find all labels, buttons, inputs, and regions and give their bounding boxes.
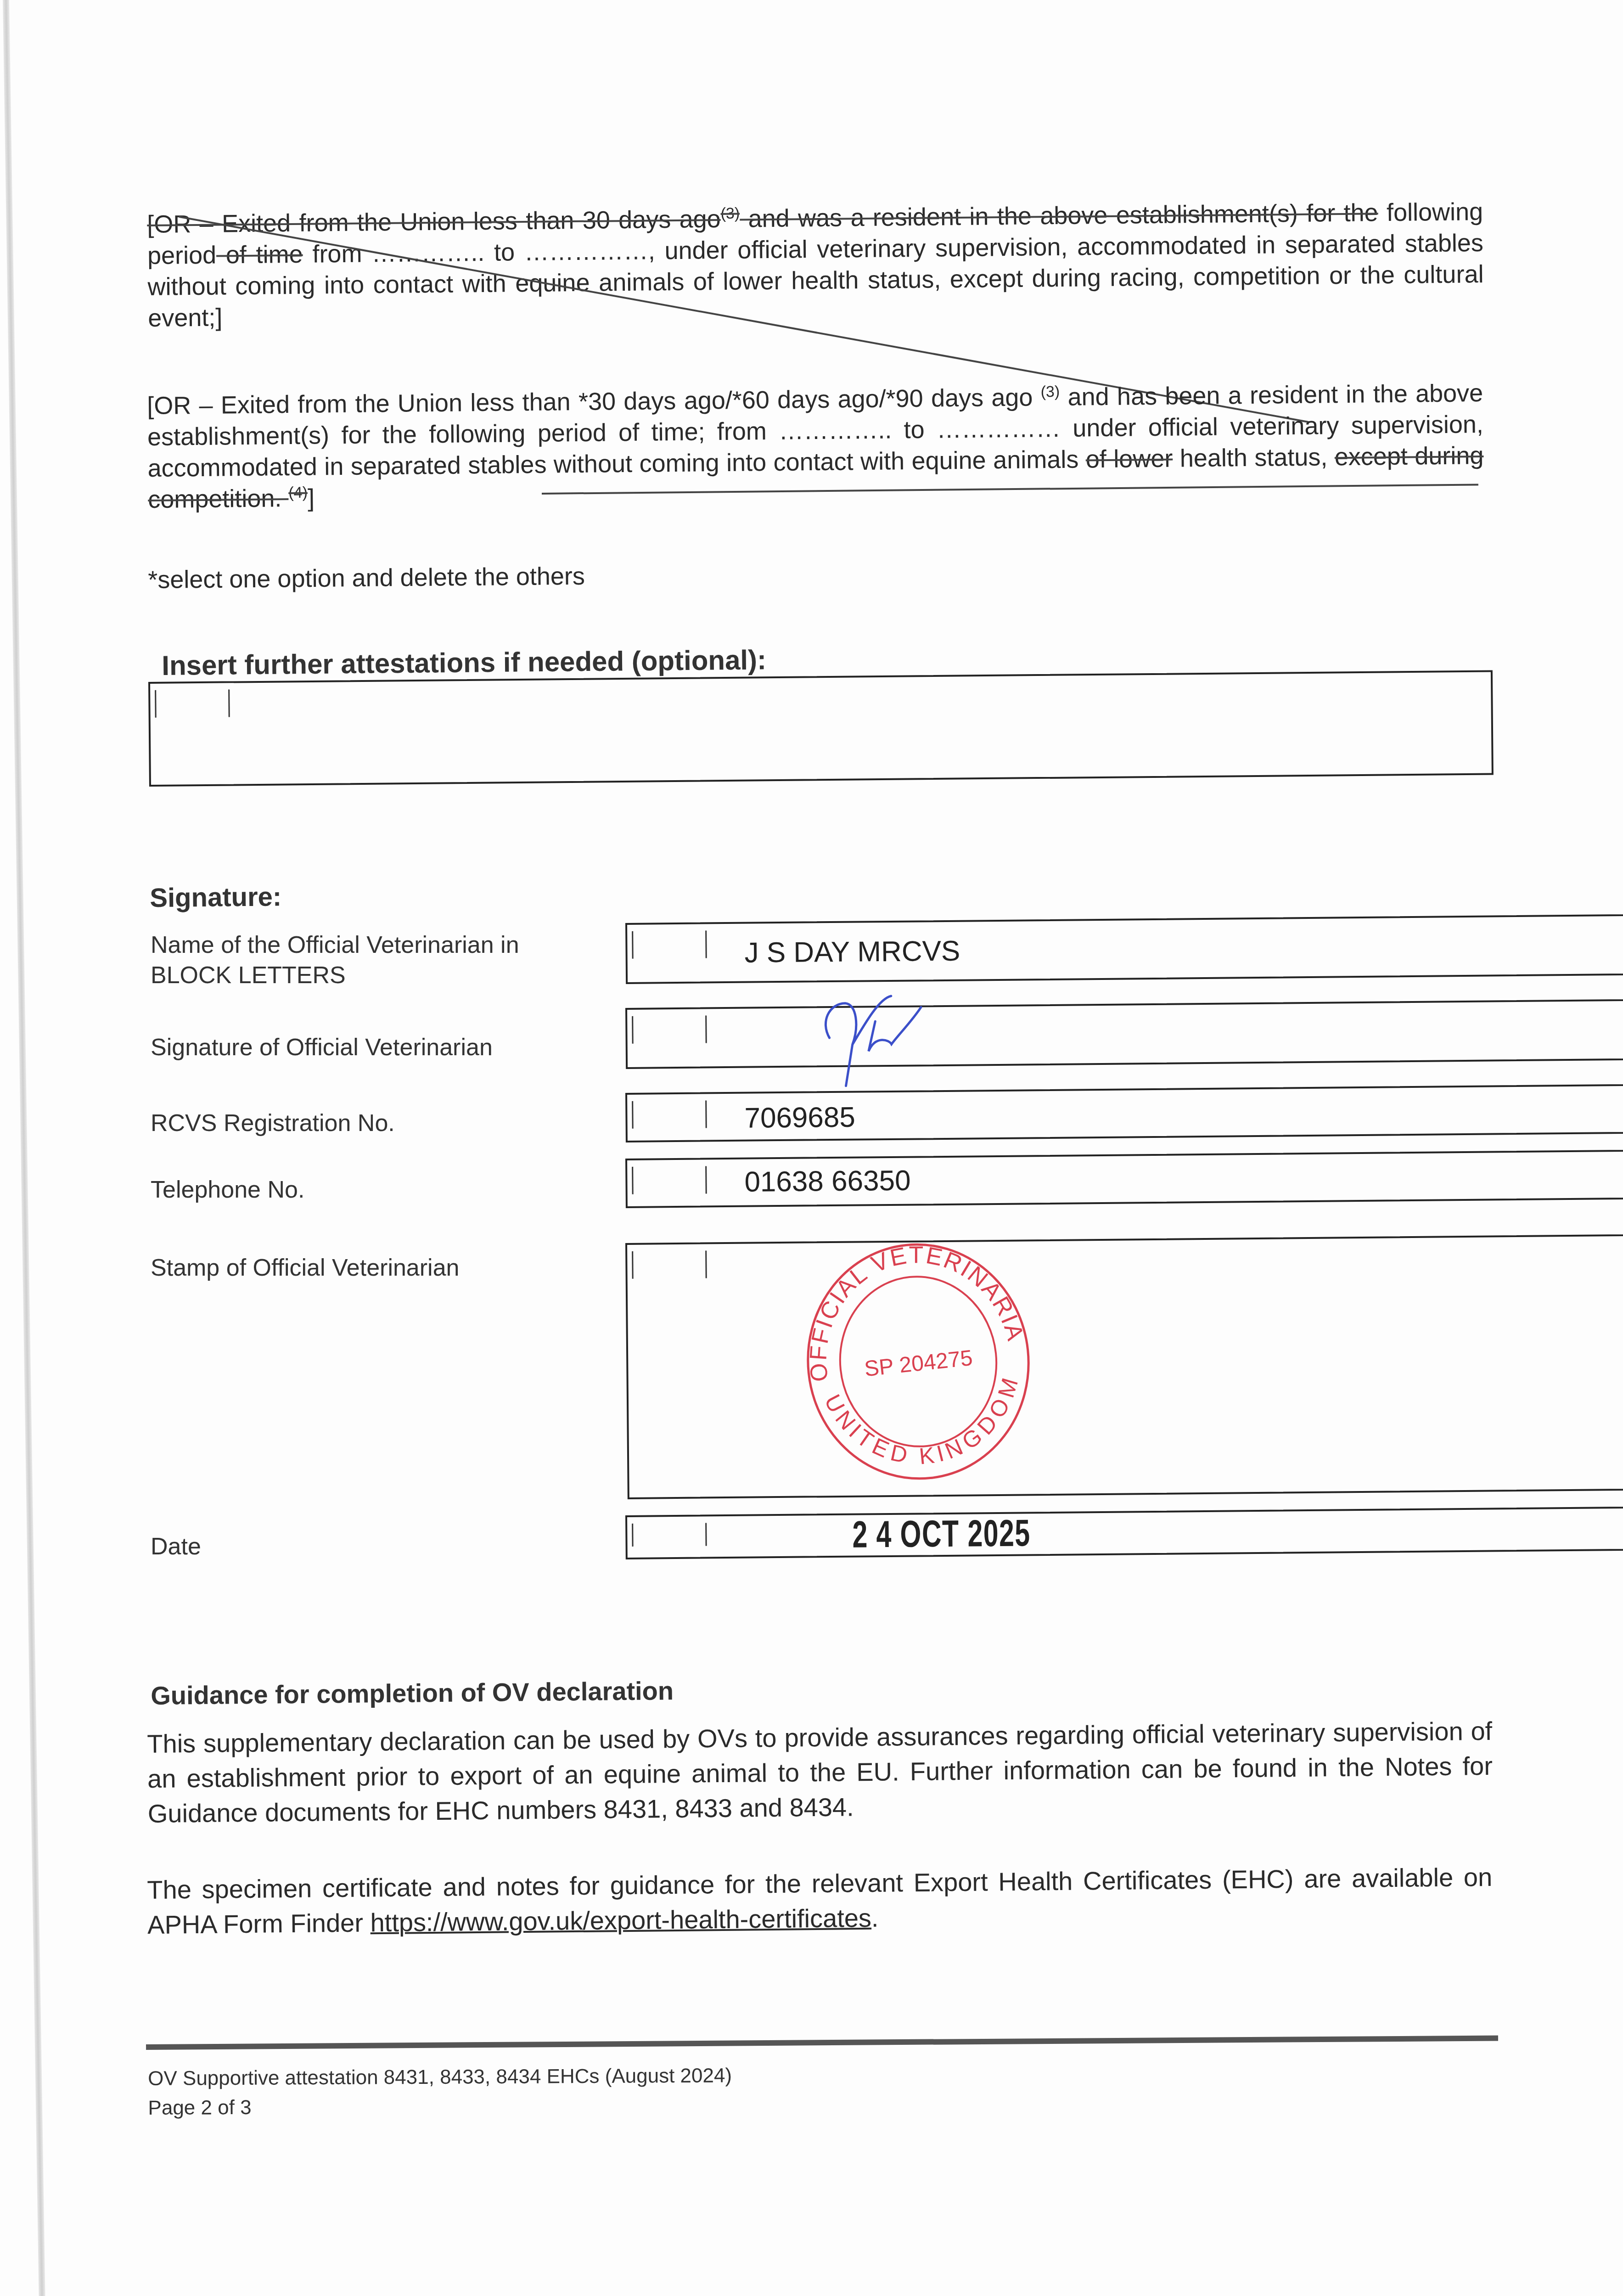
- further-attestations-heading: Insert further attestations if needed (o…: [162, 644, 766, 681]
- signature-field[interactable]: [625, 996, 1623, 1069]
- telephone-value: 01638 66350: [744, 1165, 911, 1199]
- further-attestations-field[interactable]: [148, 670, 1494, 787]
- rcvs-registration-label: RCVS Registration No.: [151, 1108, 395, 1138]
- field-marker: [228, 689, 230, 717]
- field-marker: [705, 1100, 707, 1128]
- guidance-paragraph-2: The specimen certificate and notes for g…: [147, 1860, 1493, 1942]
- handwritten-signature-icon: [802, 993, 986, 1095]
- date-label: Date: [151, 1531, 201, 1562]
- field-marker: [705, 1015, 707, 1043]
- field-marker: [632, 1524, 633, 1547]
- field-marker: [632, 1251, 634, 1279]
- select-option-note: *select one option and delete the others: [148, 562, 585, 594]
- field-marker: [632, 931, 634, 959]
- footer-divider: [146, 2035, 1498, 2050]
- official-vet-name-value: J S DAY MRCVS: [744, 935, 960, 969]
- official-veterinarian-stamp-icon: OFFICIAL VETERINARIAN UNITED KINGDOM SP …: [782, 1227, 1054, 1496]
- official-vet-name-label: Name of the Official Veterinarian in BLO…: [151, 930, 591, 990]
- date-field[interactable]: 2 4 OCT 2025: [625, 1504, 1623, 1559]
- signature-label: Signature of Official Veterinarian: [151, 1032, 493, 1063]
- date-stamp-value: 2 4 OCT 2025: [852, 1512, 1031, 1556]
- rcvs-registration-field[interactable]: 7069685: [625, 1081, 1623, 1142]
- stamp-center-text: SP 204275: [863, 1346, 974, 1381]
- official-vet-name-field[interactable]: J S DAY MRCVS: [625, 912, 1623, 984]
- field-marker: [632, 1167, 634, 1194]
- guidance-heading: Guidance for completion of OV declaratio…: [151, 1676, 674, 1711]
- footer-document-title: OV Supportive attestation 8431, 8433, 84…: [148, 2061, 732, 2093]
- field-marker: [632, 1016, 634, 1044]
- rcvs-registration-value: 7069685: [744, 1101, 855, 1135]
- field-marker: [155, 690, 157, 718]
- option-1-struck-text: [OR – Exited from the Union less than 30…: [147, 205, 721, 238]
- attestation-option-2: [OR – Exited from the Union less than *3…: [147, 377, 1484, 515]
- svg-text:UNITED KINGDOM: UNITED KINGDOM: [819, 1371, 1032, 1479]
- attestation-option-1: [OR – Exited from the Union less than 30…: [147, 196, 1484, 334]
- document-page: [OR – Exited from the Union less than 30…: [0, 0, 1623, 2296]
- field-marker: [705, 930, 707, 958]
- telephone-field[interactable]: 01638 66350: [625, 1147, 1623, 1208]
- stamp-label: Stamp of Official Veterinarian: [151, 1253, 460, 1283]
- field-marker: [705, 1250, 707, 1278]
- field-marker: [632, 1101, 634, 1129]
- footer: OV Supportive attestation 8431, 8433, 84…: [148, 2061, 732, 2123]
- footer-page-number: Page 2 of 3: [148, 2090, 732, 2123]
- telephone-label: Telephone No.: [151, 1175, 304, 1205]
- guidance-paragraph-1: This supplementary declaration can be us…: [147, 1714, 1493, 1831]
- field-marker: [705, 1166, 707, 1193]
- export-health-certificates-link[interactable]: https://www.gov.uk/export-health-certifi…: [370, 1903, 871, 1937]
- field-marker: [705, 1523, 707, 1546]
- signature-heading: Signature:: [150, 881, 281, 913]
- stamp-field[interactable]: [625, 1232, 1623, 1499]
